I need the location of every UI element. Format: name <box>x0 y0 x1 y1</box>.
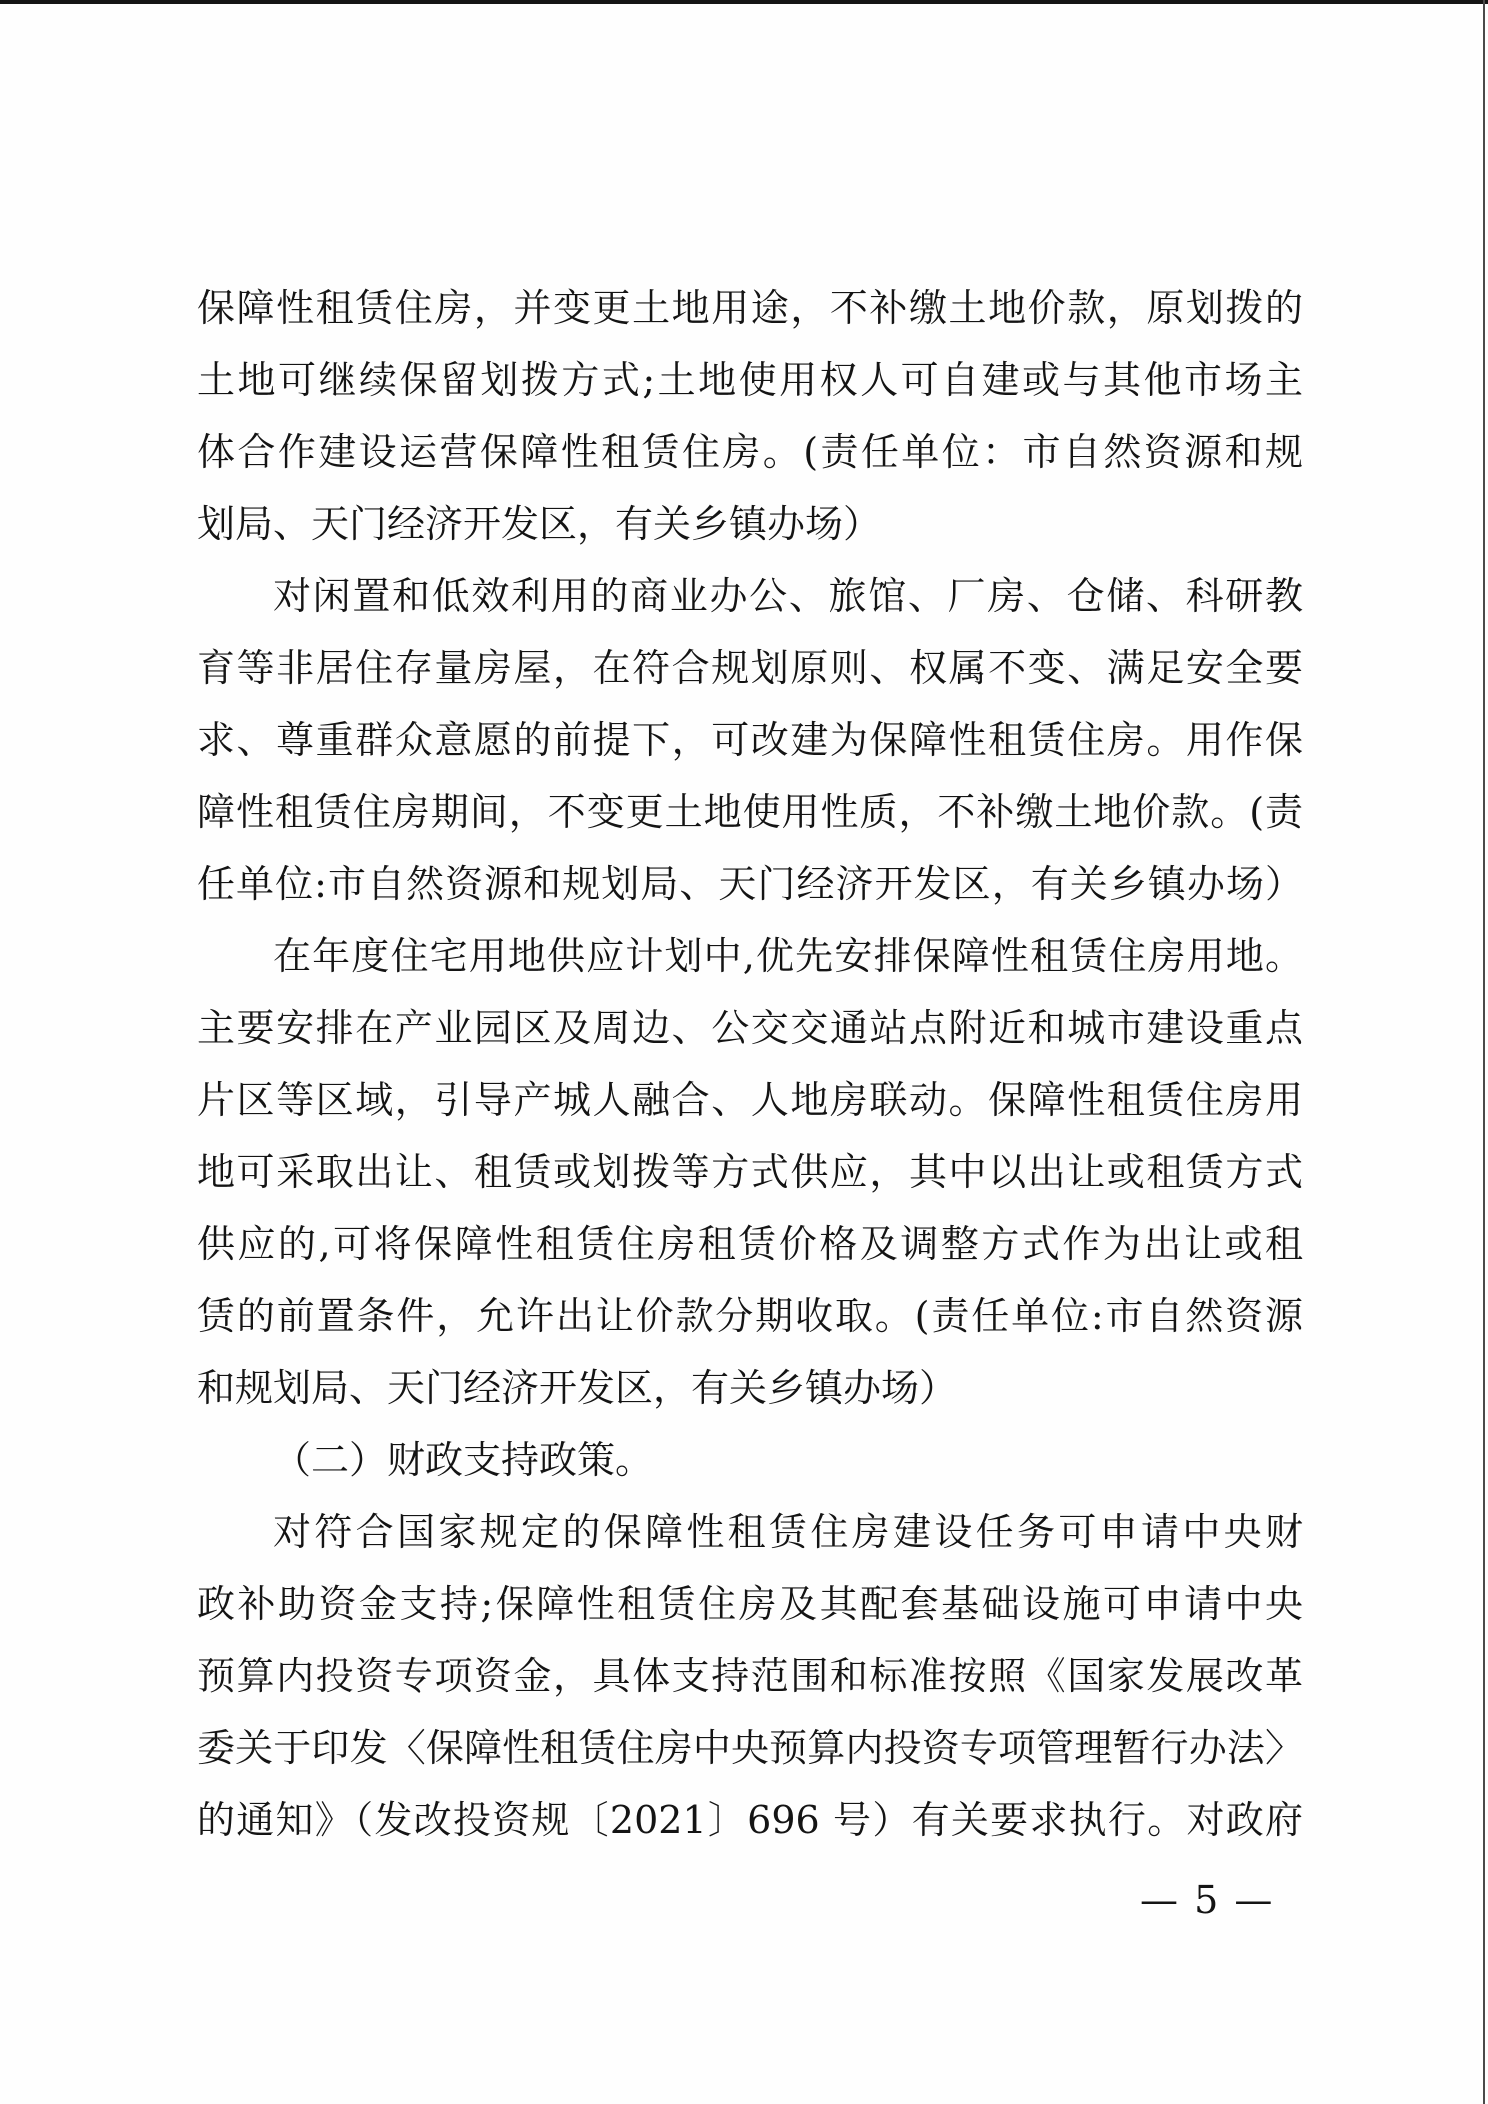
scan-edge-right <box>1483 0 1485 2104</box>
text-line: 预算内投资专项资金，具体支持范围和标准按照《国家发展改革 <box>197 1640 1303 1712</box>
body-text: 保障性租赁住房，并变更土地用途，不补缴土地价款，原划拨的 土地可继续保留划拨方式… <box>197 272 1303 1856</box>
text-line: 政补助资金支持;保障性租赁住房及其配套基础设施可申请中央 <box>197 1568 1303 1640</box>
text-line: 保障性租赁住房，并变更土地用途，不补缴土地价款，原划拨的 <box>197 272 1303 344</box>
text-line: 片区等区域，引导产城人融合、人地房联动。保障性租赁住房用 <box>197 1064 1303 1136</box>
scan-edge-top <box>0 0 1488 4</box>
text-line: 划局、天门经济开发区，有关乡镇办场） <box>197 488 1303 560</box>
text-line: 障性租赁住房期间，不变更土地使用性质，不补缴土地价款。(责 <box>197 776 1303 848</box>
text-line: 对闲置和低效利用的商业办公、旅馆、厂房、仓储、科研教 <box>197 560 1303 632</box>
text-line: （二）财政支持政策。 <box>197 1424 1303 1496</box>
page-background: 保障性租赁住房，并变更土地用途，不补缴土地价款，原划拨的 土地可继续保留划拨方式… <box>0 0 1488 2104</box>
text-line: 任单位:市自然资源和规划局、天门经济开发区，有关乡镇办场） <box>197 848 1303 920</box>
page-number: — 5 — <box>1140 1876 1274 1924</box>
text-line: 赁的前置条件，允许出让价款分期收取。(责任单位:市自然资源 <box>197 1280 1303 1352</box>
text-line: 的通知》（发改投资规〔2021〕696 号）有关要求执行。对政府 <box>197 1784 1303 1856</box>
text-line: 供应的,可将保障性租赁住房租赁价格及调整方式作为出让或租 <box>197 1208 1303 1280</box>
text-line: 主要安排在产业园区及周边、公交交通站点附近和城市建设重点 <box>197 992 1303 1064</box>
text-line: 对符合国家规定的保障性租赁住房建设任务可申请中央财 <box>197 1496 1303 1568</box>
text-line: 体合作建设运营保障性租赁住房。(责任单位：市自然资源和规 <box>197 416 1303 488</box>
text-line: 地可采取出让、租赁或划拨等方式供应，其中以出让或租赁方式 <box>197 1136 1303 1208</box>
text-line: 在年度住宅用地供应计划中,优先安排保障性租赁住房用地。 <box>197 920 1303 992</box>
document-page: { "doc": { "colors": { "background": "#f… <box>0 0 1488 2104</box>
text-line: 土地可继续保留划拨方式;土地使用权人可自建或与其他市场主 <box>197 344 1303 416</box>
text-line: 育等非居住存量房屋，在符合规划原则、权属不变、满足安全要 <box>197 632 1303 704</box>
text-line: 和规划局、天门经济开发区，有关乡镇办场） <box>197 1352 1303 1424</box>
text-line: 委关于印发〈保障性租赁住房中央预算内投资专项管理暂行办法〉 <box>197 1712 1303 1784</box>
text-line: 求、尊重群众意愿的前提下，可改建为保障性租赁住房。用作保 <box>197 704 1303 776</box>
